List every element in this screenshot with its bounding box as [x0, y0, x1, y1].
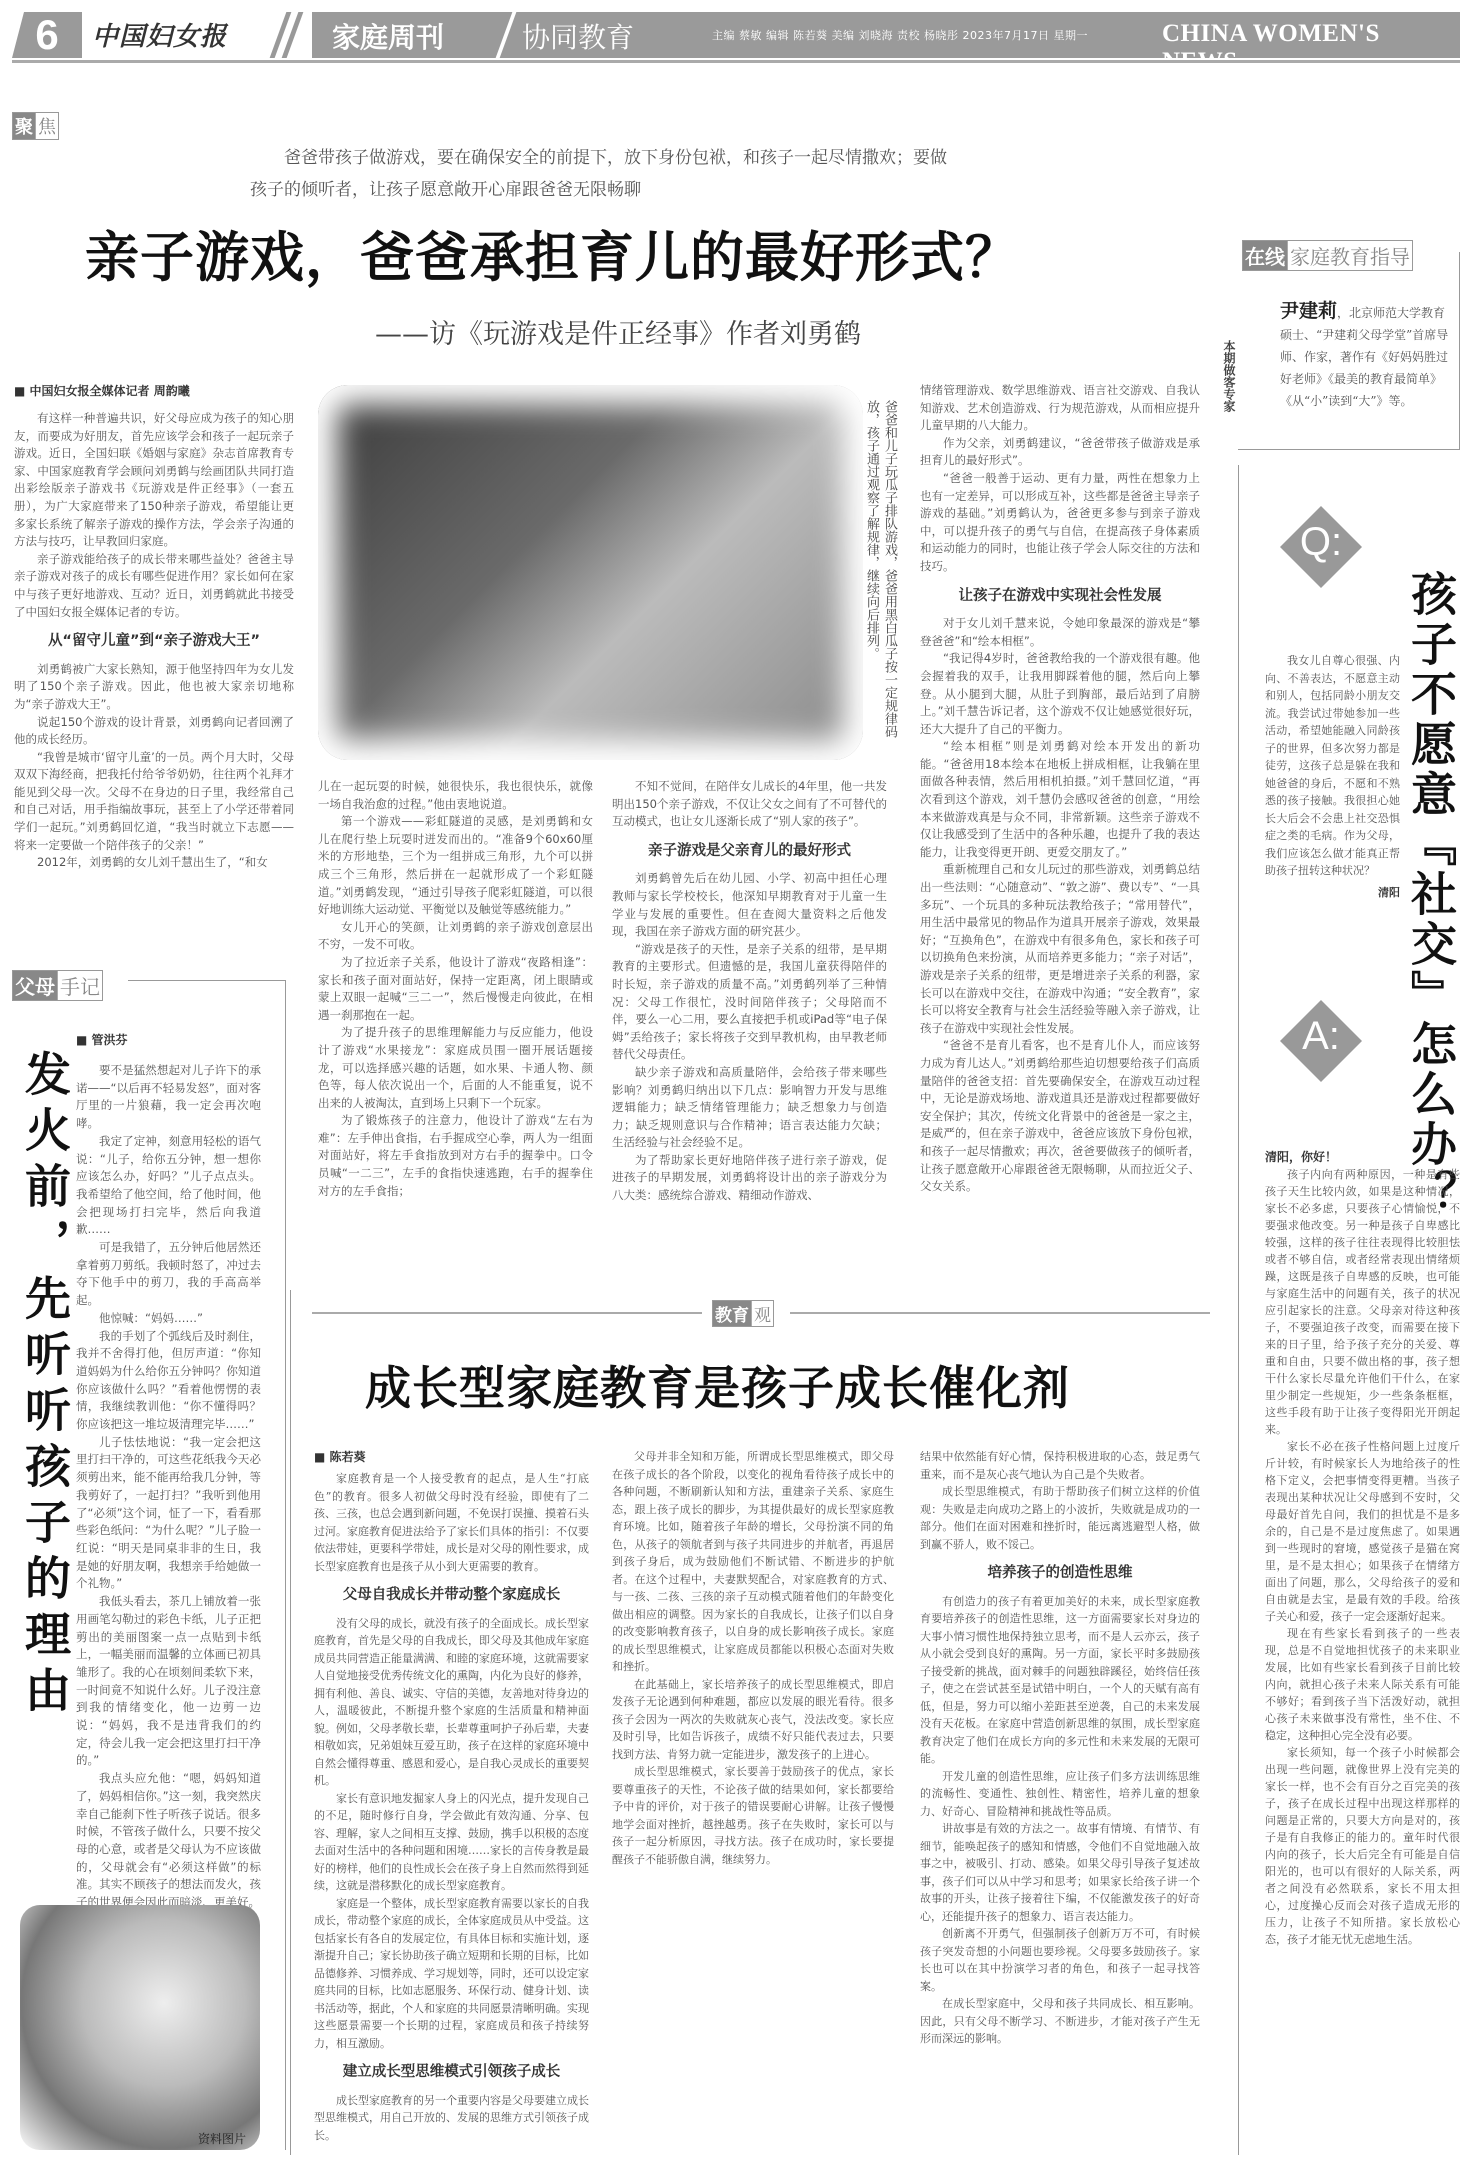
editor-credits: 主编 蔡敏 编辑 陈若葵 美编 刘晓海 责校 杨晓彤 2023年7月17日 星期… — [712, 27, 1088, 43]
column-divider — [290, 1290, 291, 2155]
section-title: 家庭周刊 — [332, 16, 444, 56]
education-col1: 家庭教育是一个人接受教育的起点，是人生“打底色”的教育。很多人初做父母时没有经验… — [314, 1470, 589, 2144]
edu-sub2: 建立成长型思维模式引领孩子成长 — [314, 2064, 589, 2082]
subsection-title: 协同教育 — [522, 16, 634, 56]
q-label: Q: — [1290, 520, 1352, 565]
parents-notes-byline: 管洪芬 — [76, 1031, 128, 1048]
photo-credit: 资料图片 — [198, 2130, 246, 2147]
answer-text: 孩子内向有两种原因，一种是有些孩子天生比较内敛，如果是这种情况，家长不必多虑，只… — [1265, 1166, 1460, 1948]
edu-sub1: 父母自我成长并带动整个家庭成长 — [314, 1587, 589, 1605]
main-headline: 亲子游戏，爸爸承担育儿的最好形式？ — [85, 215, 1185, 292]
question-text: 我女儿自尊心很强、内向、不善表达，不愿意主动和别人，包括同龄小朋友交流。我尝试过… — [1265, 652, 1400, 901]
parents-notes-body: 要不是猛然想起对儿子许下的承诺——“以后再不轻易发怒”，面对客厅里的一片狼藉，我… — [76, 1062, 261, 1912]
father-son-photo — [318, 385, 863, 760]
main-col4: 情绪管理游戏、数学思维游戏、语言社交游戏、自我认知游戏、艺术创造游戏、行为规范游… — [920, 382, 1200, 1196]
masthead-rule — [12, 60, 1460, 63]
focus-badge: 聚焦 — [12, 112, 59, 140]
expert-bio: 尹建莉，北京师范大学教育硕士、“尹建莉父母学堂”首席导师、作家，著作有《好妈妈胜… — [1280, 300, 1455, 412]
education-view-badge: 教育观 — [712, 1300, 774, 1327]
masthead: 6 中国妇女报 家庭周刊 协同教育 主编 蔡敏 编辑 陈若葵 美编 刘晓海 责校… — [12, 12, 1460, 58]
asker-name: 清阳 — [1265, 884, 1400, 902]
main-col2: 儿在一起玩耍的时候，她很快乐，我也很快乐，就像一场自我治愈的过程。”他由衷地说道… — [318, 778, 593, 1200]
main-byline: 中国妇女报全媒体记者 周韵曦 — [14, 382, 190, 399]
edu-sub3: 培养孩子的创造性思维 — [920, 1565, 1200, 1583]
article-deck: 爸爸带孩子做游戏，要在确保安全的前提下，放下身份包袱，和孩子一起尽情撒欢；要做孩… — [250, 142, 950, 206]
photo-caption: 爸爸和儿子玩瓜子排队游戏，爸爸用黑白瓜子按一定规律码放，孩子通过观察了解规律，继… — [862, 400, 898, 760]
section1-title: 从“留守儿童”到“亲子游戏大王” — [14, 633, 294, 651]
parents-notes-badge: 父母手记 — [12, 970, 103, 1001]
main-col1: 有这样一种普遍共识，好父母应成为孩子的知心朋友，而要成为好朋友，首先应该学会和孩… — [14, 410, 294, 872]
brand-name: CHINA WOMEN'S NEWS — [1162, 20, 1460, 76]
main-col3: 不知不觉间，在陪伴女儿成长的4年里，他一共发明出150个亲子游戏，不仅让父女之间… — [612, 778, 887, 1205]
education-byline: 陈若葵 — [314, 1448, 366, 1465]
section2-title: 亲子游戏是父亲育儿的最好形式 — [612, 843, 887, 861]
education-headline: 成长型家庭教育是孩子成长催化剂 — [365, 1352, 1070, 1418]
section3-title: 让孩子在游戏中实现社会性发展 — [920, 588, 1200, 606]
qa-headline: 孩子不愿意『社交』怎么办？ — [1398, 570, 1464, 1270]
education-col3: 结果中依然能有好心情，保持积极进取的心态，鼓足勇气重来，而不是灰心丧气地认为自己… — [920, 1448, 1200, 2048]
edu-rule-left — [312, 1312, 702, 1314]
paper-logo: 中国妇女报 — [92, 16, 227, 53]
main-subhead: ——访《玩游戏是件正经事》作者刘勇鹤 — [375, 312, 861, 351]
expert-label: 本期做客专家 — [1222, 340, 1236, 412]
slash-decoration-icon — [272, 12, 312, 58]
sidebar-divider — [1238, 465, 1239, 2155]
edu-rule-right — [790, 1312, 1210, 1314]
mother-child-photo — [20, 1905, 260, 2150]
a-label: A: — [1290, 1014, 1352, 1059]
answer-greeting: 清阳，你好！ — [1265, 1148, 1337, 1165]
parents-notes-headline: 发火前，先听听孩子的理由 — [12, 1050, 78, 1770]
page-number: 6 — [12, 12, 82, 58]
education-col2: 父母并非全知和万能，所谓成长型思维模式，即父母在孩子成长的各个阶段，以变化的视角… — [612, 1448, 894, 1868]
